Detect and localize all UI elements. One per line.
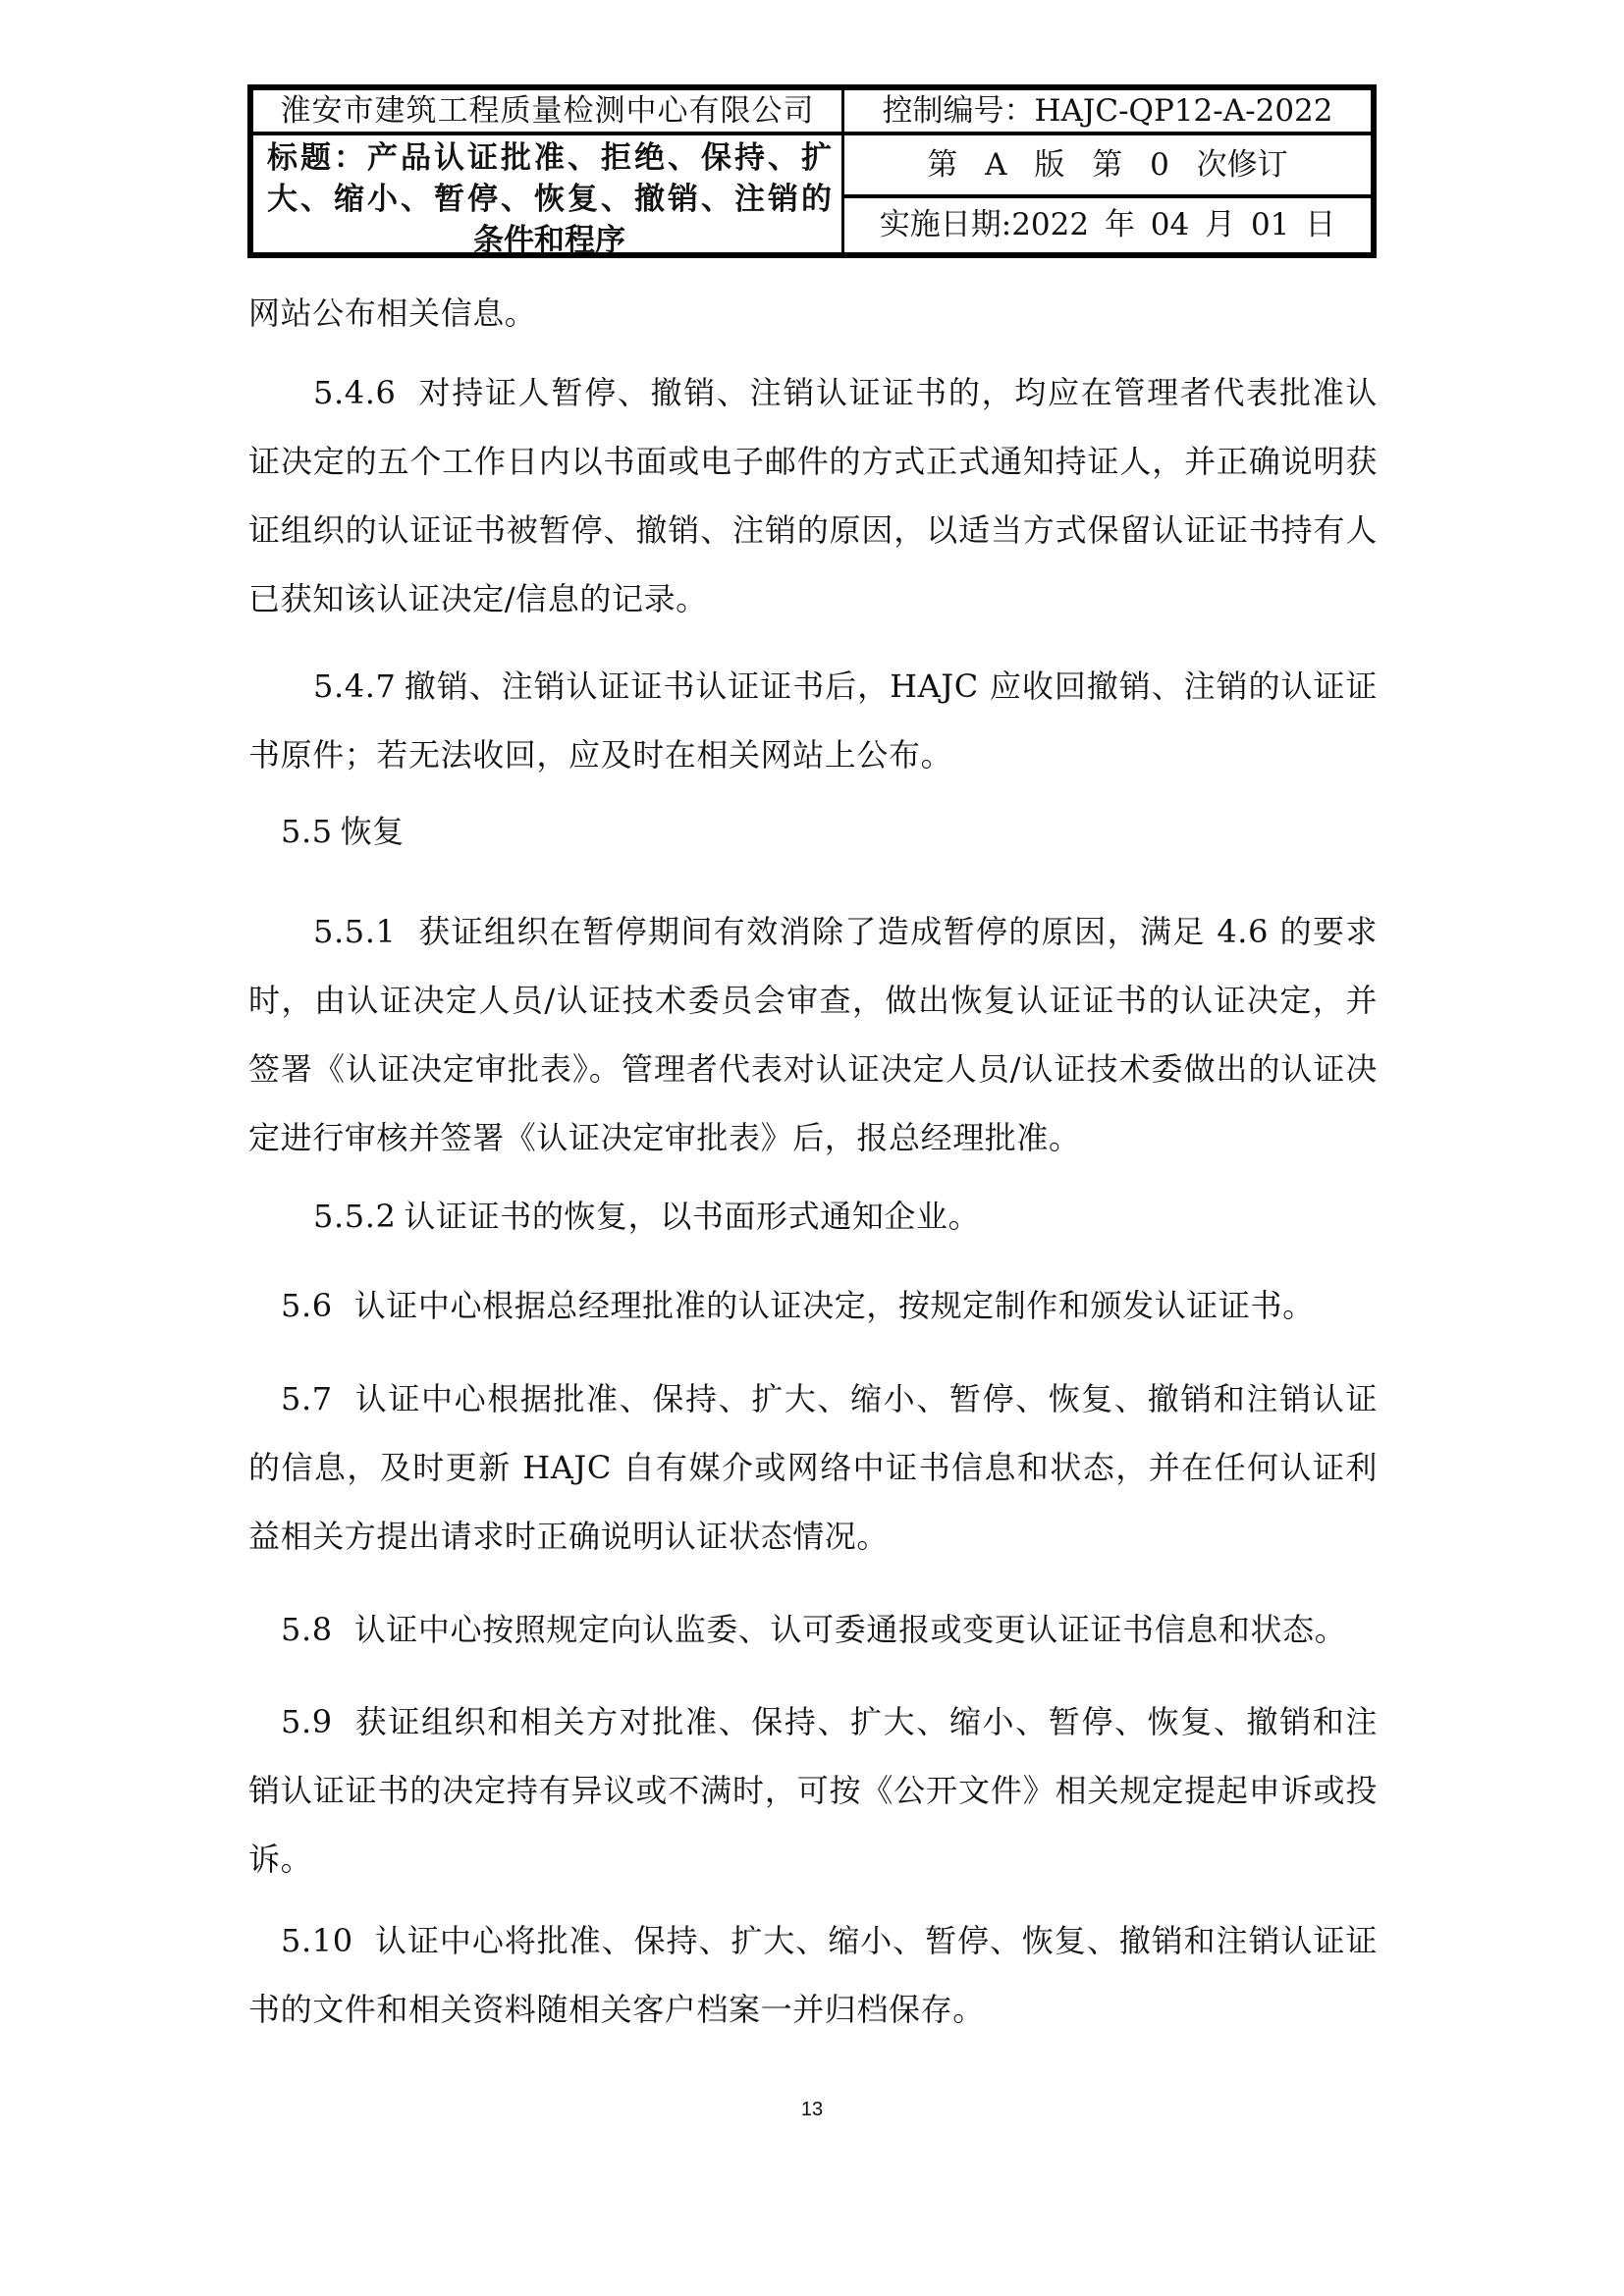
- section-heading-5-5: 5.5恢复: [248, 797, 1378, 866]
- paragraph-5-7: 5.7认证中心根据批准、保持、扩大、缩小、暂停、恢复、撤销和注销认证的信息，及时…: [248, 1364, 1378, 1571]
- paragraph-text: 认证中心根据批准、保持、扩大、缩小、暂停、恢复、撤销和注销认证的信息，及时更新 …: [248, 1380, 1378, 1555]
- paragraph-5-5-1: 5.5.1获证组织在暂停期间有效消除了造成暂停的原因，满足 4.6 的要求时，由…: [248, 897, 1378, 1172]
- section-number: 5.5.1: [313, 913, 396, 950]
- paragraph-text: 获证组织和相关方对批准、保持、扩大、缩小、暂停、恢复、撤销和注销认证证书的决定持…: [248, 1703, 1378, 1878]
- document-title: 标题：产品认证批准、拒绝、保持、扩 大、缩小、暂停、恢复、撤销、注销的 条件和程…: [253, 135, 844, 252]
- section-number: 5.6: [281, 1287, 333, 1324]
- paragraph-text: 认证中心根据总经理批准的认证决定，按规定制作和颁发认证证书。: [354, 1287, 1315, 1324]
- paragraph-5-9: 5.9获证组织和相关方对批准、保持、扩大、缩小、暂停、恢复、撤销和注销认证证书的…: [248, 1687, 1378, 1894]
- section-number: 5.5: [281, 813, 333, 850]
- title-line-3: 条件和程序: [267, 220, 832, 261]
- control-number: 控制编号：HAJC-QP12-A-2022: [844, 90, 1371, 135]
- paragraph-text: 网站公布相关信息。: [248, 294, 536, 332]
- section-number: 5.5.2: [313, 1198, 396, 1235]
- section-number: 5.9: [281, 1703, 333, 1740]
- paragraph-text: 认证证书的恢复，以书面形式通知企业。: [404, 1198, 980, 1235]
- document-header-table: 淮安市建筑工程质量检测中心有限公司 控制编号：HAJC-QP12-A-2022 …: [247, 84, 1377, 258]
- section-number: 5.10: [281, 1922, 353, 1959]
- paragraph-5-8: 5.8认证中心按照规定向认监委、认可委通报或变更认证证书信息和状态。: [248, 1595, 1378, 1664]
- paragraph-text: 认证中心按照规定向认监委、认可委通报或变更认证证书信息和状态。: [354, 1611, 1347, 1648]
- section-number: 5.4.7: [313, 667, 396, 705]
- company-name: 淮安市建筑工程质量检测中心有限公司: [253, 90, 844, 135]
- title-line-2: 大、缩小、暂停、恢复、撤销、注销的: [267, 179, 832, 220]
- page-number: 13: [0, 2099, 1624, 2121]
- section-number: 5.7: [281, 1380, 333, 1417]
- paragraph-text: 撤销、注销认证证书认证证书后，HAJC 应收回撤销、注销的认证证书原件；若无法收…: [248, 667, 1378, 774]
- paragraph-text: 对持证人暂停、撤销、注销认证证书的，均应在管理者代表批准认证决定的五个工作日内以…: [248, 374, 1378, 617]
- section-number: 5.8: [281, 1611, 333, 1648]
- paragraph-5-4-6: 5.4.6对持证人暂停、撤销、注销认证证书的，均应在管理者代表批准认证决定的五个…: [248, 358, 1378, 633]
- paragraph-5-4-7: 5.4.7撤销、注销认证证书认证证书后，HAJC 应收回撤销、注销的认证证书原件…: [248, 652, 1378, 789]
- paragraph-5-10: 5.10认证中心将批准、保持、扩大、缩小、暂停、恢复、撤销和注销认证证书的文件和…: [248, 1906, 1378, 2044]
- title-line-1: 标题：产品认证批准、拒绝、保持、扩: [267, 137, 832, 179]
- effective-date: 实施日期:2022 年 04 月 01 日: [844, 198, 1371, 252]
- section-title: 恢复: [341, 813, 405, 850]
- section-number: 5.4.6: [313, 374, 396, 411]
- paragraph-text: 认证中心将批准、保持、扩大、缩小、暂停、恢复、撤销和注销认证证书的文件和相关资料…: [248, 1922, 1378, 2028]
- paragraph-5-5-2: 5.5.2认证证书的恢复，以书面形式通知企业。: [248, 1182, 1378, 1251]
- paragraph-5-6: 5.6认证中心根据总经理批准的认证决定，按规定制作和颁发认证证书。: [248, 1271, 1378, 1340]
- paragraph-text: 获证组织在暂停期间有效消除了造成暂停的原因，满足 4.6 的要求时，由认证决定人…: [248, 913, 1378, 1156]
- paragraph-continuation: 网站公布相关信息。: [248, 279, 1378, 347]
- version-info: 第 A 版 第 0 次修订: [844, 135, 1371, 198]
